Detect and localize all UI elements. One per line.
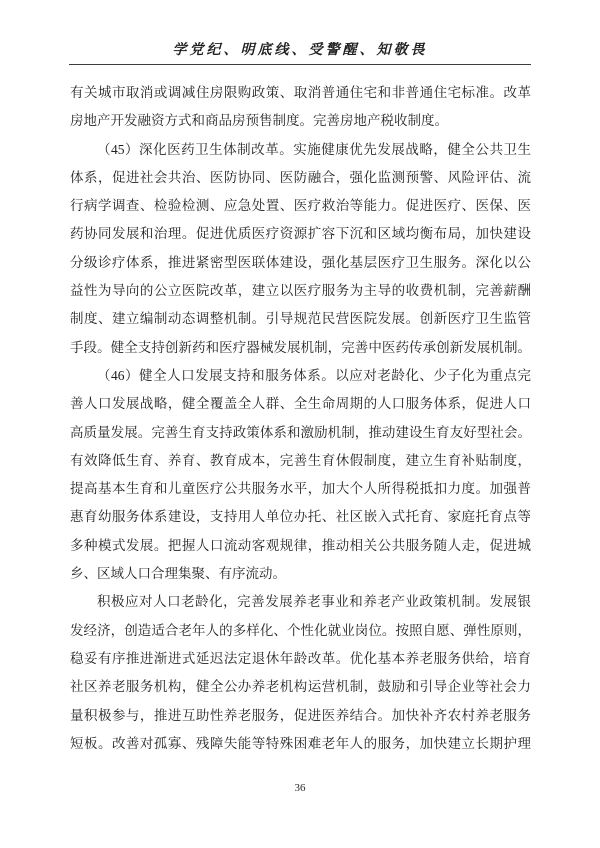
text-line: 分级诊疗体系，推进紧密型医联体建设，强化基层医疗卫生服务。深化以公 <box>70 249 531 277</box>
text-line: 多种模式发展。把握人口流动客观规律，推动相关公共服务随人走，促进城 <box>70 532 531 560</box>
text-line: 有效降低生育、养育、教育成本，完善生育休假制度，建立生育补贴制度， <box>70 447 531 475</box>
text-line: 短板。改善对孤寡、残障失能等特殊困难老年人的服务，加快建立长期护理 <box>70 730 531 758</box>
text-line: （46）健全人口发展支持和服务体系。以应对老龄化、少子化为重点完 <box>70 362 531 390</box>
text-line: 房地产开发融资方式和商品房预售制度。完善房地产税收制度。 <box>70 107 531 135</box>
text-line: 高质量发展。完善生育支持政策体系和激励机制，推动建设生育友好型社会。 <box>70 419 531 447</box>
text-line: 有关城市取消或调减住房限购政策、取消普通住宅和非普通住宅标准。改革 <box>70 79 531 107</box>
header-divider <box>69 64 531 65</box>
text-line: 发经济，创造适合老年人的多样化、个性化就业岗位。按照自愿、弹性原则， <box>70 617 531 645</box>
text-line: 惠育幼服务体系建设，支持用人单位办托、社区嵌入式托育、家庭托育点等 <box>70 503 531 531</box>
text-line: 提高基本生育和儿童医疗公共服务水平，加大个人所得税抵扣力度。加强普 <box>70 475 531 503</box>
text-line: 行病学调查、检验检测、应急处置、医疗救治等能力。促进医疗、医保、医 <box>70 192 531 220</box>
text-line: 稳妥有序推进渐进式延迟法定退休年龄改革。优化基本养老服务供给，培育 <box>70 645 531 673</box>
document-body: 有关城市取消或调减住房限购政策、取消普通住宅和非普通住宅标准。改革 房地产开发融… <box>70 79 531 758</box>
text-line: 益性为导向的公立医院改革，建立以医疗服务为主导的收费机制，完善薪酬 <box>70 277 531 305</box>
text-line: （45）深化医药卫生体制改革。实施健康优先发展战略，健全公共卫生 <box>70 136 531 164</box>
text-line: 善人口发展战略，健全覆盖全人群、全生命周期的人口服务体系，促进人口 <box>70 390 531 418</box>
text-line: 积极应对人口老龄化，完善发展养老事业和养老产业政策机制。发展银 <box>70 588 531 616</box>
page-number: 36 <box>0 782 600 794</box>
text-line: 体系，促进社会共治、医防协同、医防融合，强化监测预警、风险评估、流 <box>70 164 531 192</box>
text-line: 量积极参与，推进互助性养老服务，促进医养结合。加快补齐农村养老服务 <box>70 702 531 730</box>
text-line: 乡、区域人口合理集聚、有序流动。 <box>70 560 531 588</box>
text-line: 手段。健全支持创新药和医疗器械发展机制，完善中医药传承创新发展机制。 <box>70 334 531 362</box>
text-line: 制度、建立编制动态调整机制。引导规范民营医院发展。创新医疗卫生监管 <box>70 305 531 333</box>
text-line: 药协同发展和治理。促进优质医疗资源扩容下沉和区域均衡布局，加快建设 <box>70 220 531 248</box>
page-header-title: 学党纪、明底线、受警醒、知敬畏 <box>0 39 600 59</box>
text-line: 社区养老服务机构，健全公办养老机构运营机制，鼓励和引导企业等社会力 <box>70 673 531 701</box>
document-page: 学党纪、明底线、受警醒、知敬畏 有关城市取消或调减住房限购政策、取消普通住宅和非… <box>0 0 600 848</box>
